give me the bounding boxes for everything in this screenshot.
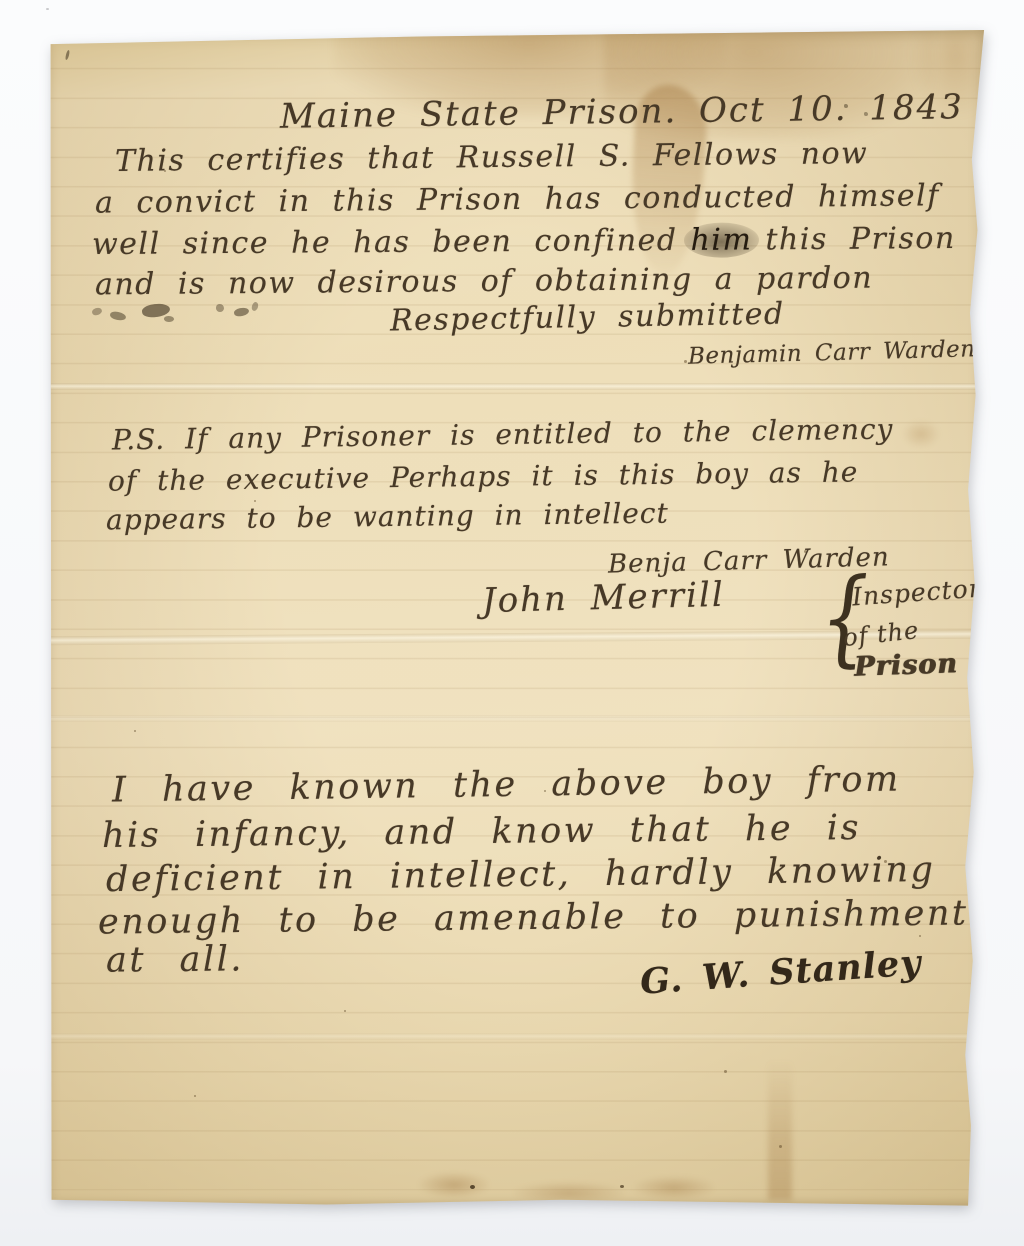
endorsement-line-5: at all. — [106, 939, 244, 980]
paper-speck — [779, 1145, 782, 1148]
paper-speck — [724, 1070, 727, 1073]
ink-smudge — [216, 304, 224, 312]
endorsement-line-2: his infancy, and know that he is — [102, 808, 861, 856]
scanned-letter-page: Maine State Prison. Oct 10. 1843 This ce… — [0, 0, 1024, 1246]
paper-speck — [620, 1185, 624, 1188]
struck-out-word: him — [683, 222, 759, 258]
paper-speck — [344, 1010, 346, 1012]
certificate-line-3: well since he has been confinedhimthis P… — [92, 221, 956, 262]
dust-speck — [46, 8, 49, 10]
fold-crease — [44, 1033, 985, 1040]
letter-sheet: Maine State Prison. Oct 10. 1843 This ce… — [44, 30, 985, 1208]
inspector-title-line-3: Prison — [853, 648, 958, 683]
inspector-signature: John Merrill — [482, 575, 726, 621]
certificate-line-3-text: well since he has been confined — [92, 223, 678, 262]
paper-speck — [470, 1185, 475, 1189]
paper-speck — [919, 935, 921, 937]
paper-shadow-wrap: Maine State Prison. Oct 10. 1843 This ce… — [44, 30, 985, 1208]
certificate-line-2: a convict in this Prison has conducted h… — [95, 178, 940, 220]
paper-speck — [684, 360, 687, 363]
paper-speck — [134, 730, 136, 732]
postscript-line-3: appears to be wanting in intellect — [106, 497, 669, 537]
certificate-line-3-text: this Prison — [765, 221, 956, 257]
fold-crease — [44, 383, 985, 390]
closing-line: Respectfully submitted — [390, 297, 785, 339]
ink-smudge — [164, 316, 174, 322]
fold-crease — [44, 715, 985, 722]
paper-speck — [194, 1095, 196, 1097]
